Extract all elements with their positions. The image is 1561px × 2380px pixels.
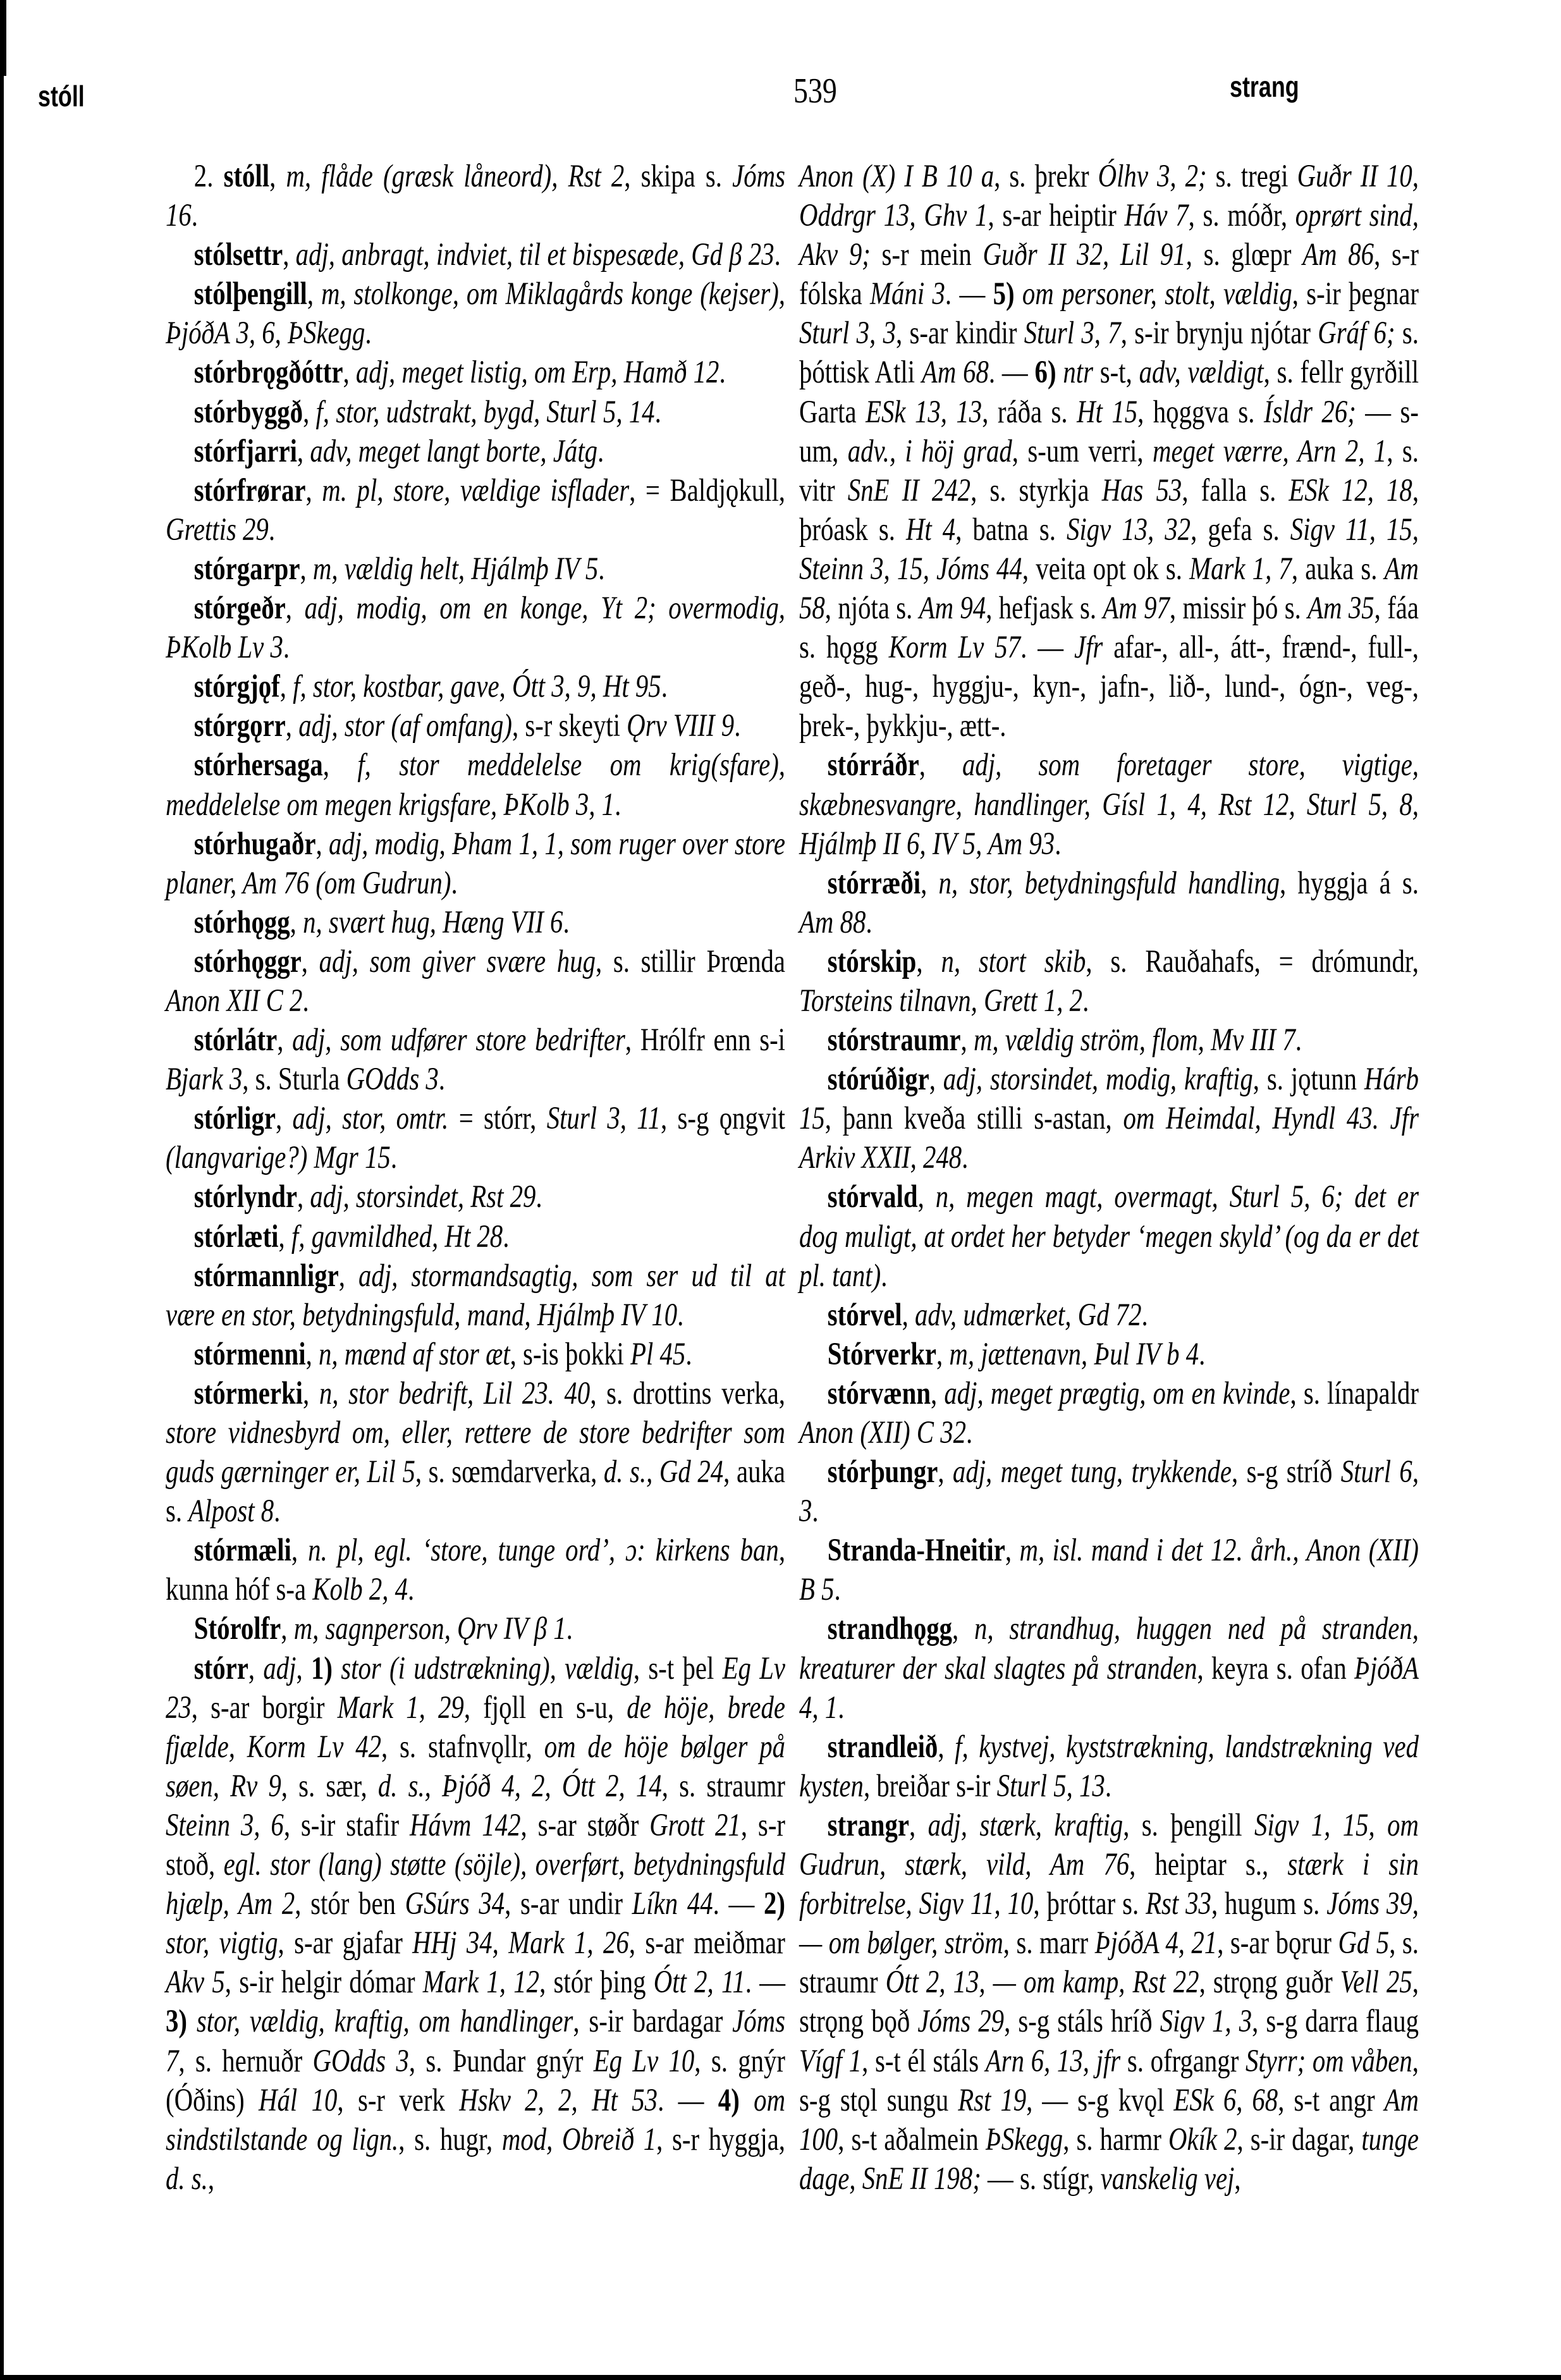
entry-gloss: f, stor, udstrakt, bygd, Sturl 5, 14 (315, 395, 654, 430)
entry-headword: stórmerki (194, 1376, 303, 1411)
entry-headword: stórmenni (194, 1337, 306, 1372)
dictionary-entry: stórbyggð, f, stor, udstrakt, bygd, Stur… (166, 393, 785, 432)
entry-gloss: Am 97 (1103, 591, 1170, 626)
entry-gloss: Am 86 (1302, 237, 1374, 273)
entry-gloss: Sigv 1, 3 (1160, 2004, 1252, 2039)
entry-gloss: adj, som giver svære hug (319, 944, 596, 979)
entry-text: , (918, 1179, 936, 1215)
entry-headword: Stórolfr (194, 1611, 281, 1647)
entry-gloss: Vígf 1 (799, 2044, 862, 2079)
entry-headword: stóll (224, 159, 270, 194)
entry-text: , (323, 747, 358, 783)
entry-text: . (1105, 1769, 1111, 1804)
entry-text: . (812, 1494, 818, 1529)
entry-gloss: n, mænd af stor æt (319, 1337, 510, 1372)
entry-text: , s-g stríð (1232, 1454, 1341, 1490)
entry-text: , hugum s. (1211, 1886, 1326, 1922)
entry-text: , (281, 1611, 293, 1647)
entry-text: , s-ar undir (505, 1886, 632, 1922)
entry-gloss: Líkn 44 (632, 1886, 713, 1922)
dictionary-entry: Anon (X) I B 10 a, s. þrekr Ólhv 3, 2; s… (799, 157, 1419, 745)
sense-number: 3) (166, 2004, 187, 2039)
entry-gloss: adv., i höj grad (848, 434, 1012, 469)
entry-gloss: f, stor, kostbar, gave, Ótt 3, 9, Ht 95 (293, 669, 661, 704)
entry-text (1056, 355, 1063, 390)
entry-text: , s. þrekr (994, 159, 1098, 194)
entry-text: . (408, 1572, 414, 1607)
entry-text: , s-ir dagar, (1237, 2122, 1361, 2157)
entry-text: , s. jǫtunn (1253, 1062, 1364, 1097)
entry-text: , s. sœmdarverka, (415, 1454, 604, 1490)
sense-number: 4) (718, 2083, 740, 2118)
dictionary-entry: stórvald, n, megen magt, overmagt, Sturl… (799, 1177, 1419, 1295)
entry-gloss: Sigv 13, 32 (1067, 512, 1191, 548)
dictionary-entry: stórvel, adv, udmærket, Gd 72. (799, 1296, 1419, 1335)
entry-gloss: Ísldr 26; (1264, 395, 1356, 430)
entry-gloss: Akv 5 (166, 1965, 225, 2000)
dictionary-entry: stórráðr, adj, som foretager store, vigt… (799, 745, 1419, 863)
entry-gloss: Grettis 29 (166, 512, 269, 548)
entry-gloss: Rst 33 (1146, 1886, 1211, 1922)
entry-gloss: Anon XII C 2 (166, 983, 302, 1019)
entry-text: , s. harmr (1063, 2122, 1168, 2157)
running-head-right: strang (1230, 70, 1299, 104)
entry-text: , (297, 434, 310, 469)
entry-text (740, 2083, 754, 2118)
entry-text: , s-g darra flaug (1252, 2004, 1419, 2039)
entry-text: , þróttar s. (1033, 1886, 1146, 1922)
entry-headword: stórhǫggr (194, 944, 302, 979)
entry-list: 2. stóll, m, flåde (græsk låneord), Rst … (166, 157, 785, 2199)
entry-headword: stórgǫrr (194, 708, 286, 744)
entry-text: , — s-g kvǫl (1026, 2083, 1173, 2118)
entry-gloss: ESk 13, 13 (866, 395, 982, 430)
entry-text: , skipa s. (624, 159, 732, 194)
entry-text: , (343, 355, 355, 390)
entry-gloss: adv, udmærket, Gd 72 (915, 1297, 1141, 1333)
column-left: 2. stóll, m, flåde (græsk låneord), Rst … (166, 157, 785, 2199)
entry-text: . (838, 1690, 844, 1726)
entry-text: , (297, 1651, 311, 1686)
entry-gloss: Pl 45 (630, 1337, 685, 1372)
entry-gloss: Jóms 29 (917, 2004, 1004, 2039)
entry-gloss: Am 94 (919, 591, 986, 626)
dictionary-entry: stórhǫggr, adj, som giver svære hug, s. … (166, 942, 785, 1021)
entry-gloss: Rst 19 (958, 2083, 1026, 2118)
entry-text: , (276, 1101, 293, 1136)
entry-gloss: Jfr (1074, 630, 1103, 665)
dictionary-entry: stólsettr, adj, anbragt, indviet, til et… (166, 235, 785, 274)
dictionary-entry: stórgarpr, m, vældig helt, Hjálmþ IV 5. (166, 549, 785, 589)
entry-gloss: Sturl 3, 11 (547, 1101, 661, 1136)
entry-text: , hǫggva s. (1137, 395, 1264, 430)
entry-text: , (938, 1454, 953, 1490)
entry-gloss: Eg Lv 10 (594, 2044, 695, 2079)
entry-text: , s. þengill (1123, 1808, 1254, 1843)
entry-text: . (503, 1219, 509, 1254)
entry-gloss: Okík 2 (1168, 2122, 1237, 2157)
entry-text: , (286, 708, 298, 744)
entry-gloss: Ótt 2, 13, — om kamp, Rst 22 (886, 1965, 1199, 2000)
entry-gloss: Am 88 (799, 905, 866, 940)
entry-gloss: Bjark 3 (166, 1062, 242, 1097)
entry-text: , s-t angr (1278, 2083, 1384, 2118)
entry-text: . (597, 434, 604, 469)
entry-gloss: f, gavmildhed, Ht 28 (291, 1219, 503, 1254)
entry-gloss: HHj 34, Mark 1, 26 (412, 1925, 629, 1961)
entry-text: , s. styrkja (970, 473, 1102, 508)
entry-text: . (269, 512, 275, 548)
entry-text: — s. stígr, (981, 2161, 1101, 2197)
entry-text: , s-ar bǫrur (1217, 1925, 1338, 1961)
entry-text (333, 1651, 341, 1686)
entry-gloss: meget værre, Arn 2, 1 (1153, 434, 1387, 469)
entry-text: , s. móðr, (1189, 198, 1295, 233)
entry-gloss: adj (263, 1651, 296, 1686)
entry-headword: Stranda-Hneitir (828, 1533, 1005, 1568)
entry-text: , keyra s. ofan (1197, 1651, 1355, 1686)
entry-text: , s-um verri, (1012, 434, 1153, 469)
dictionary-entry: stórmæli, n. pl, egl. ‘store, tunge ord’… (166, 1531, 785, 1609)
page-number: 539 (793, 71, 837, 111)
entry-text: , (315, 826, 328, 862)
entry-gloss: m, vældig ström, flom, Mv III 7 (974, 1022, 1295, 1058)
entry-text: , hyggja á s. (1280, 866, 1419, 901)
entry-gloss: adj, anbragt, indviet, til et bispesæde,… (296, 237, 774, 273)
entry-gloss: Korm Lv 57 (889, 630, 1020, 665)
column-right: Anon (X) I B 10 a, s. þrekr Ólhv 3, 2; s… (799, 157, 1419, 2199)
entry-gloss: adj, meget tung, trykkende (953, 1454, 1232, 1490)
entry-text: , (1005, 1533, 1020, 1568)
entry-text: = stórr, (448, 1101, 546, 1136)
dictionary-entry: stórfrørar, m. pl, store, vældige isflad… (166, 471, 785, 549)
entry-text: , (286, 591, 305, 626)
entry-gloss: n. pl, egl. ‘store, tunge ord’, ɔ: kirke… (308, 1533, 779, 1568)
entry-gloss: adj, stærk, kraftig (928, 1808, 1123, 1843)
sense-number: 6) (1035, 355, 1056, 390)
entry-text: . (451, 866, 457, 901)
entry-headword: stórr (194, 1651, 248, 1686)
entry-text: , hefjask s. (986, 591, 1103, 626)
entry-text: , s-ir brynju njótar (1121, 316, 1318, 351)
entry-headword: stórgarpr (194, 551, 300, 587)
entry-gloss: Has 53 (1102, 473, 1182, 508)
entry-gloss: Gd 5 (1338, 1925, 1389, 1961)
entry-gloss: Sturl 5, 13 (997, 1769, 1105, 1804)
entry-text: . — (713, 1886, 764, 1922)
entry-text: , (921, 866, 938, 901)
entry-gloss: adj, stor (af omfang) (298, 708, 512, 744)
entry-text (187, 2004, 197, 2039)
entry-gloss: Alpost 8 (188, 1494, 274, 1529)
entry-gloss: n, stor bedrift, Lil 23. 40 (319, 1376, 590, 1411)
entry-text: s-r mein (871, 237, 983, 273)
entry-text: , (291, 1533, 308, 1568)
entry-text: , (339, 1258, 358, 1294)
entry-text: , s. glœpr (1186, 237, 1303, 273)
entry-text: s-t, (1093, 355, 1139, 390)
entry-headword: stórþungr (828, 1454, 938, 1490)
entry-text: , heiptar s., (1129, 1847, 1287, 1882)
dictionary-entry: stórhugaðr, adj, modig, Þham 1, 1, som r… (166, 825, 785, 903)
entry-gloss: m, sagnperson, Ǫrv IV β 1 (294, 1611, 566, 1647)
entry-text: , s-t þel (634, 1651, 723, 1686)
entry-text: s. ofrgangr (1120, 2044, 1246, 2079)
entry-text: , s-is þokki (510, 1337, 630, 1372)
entry-gloss: Torsteins tilnavn, Grett 1, 2 (799, 983, 1082, 1019)
entry-text: , Hrólfr enn s-i (625, 1022, 785, 1058)
entry-text: . (439, 1062, 445, 1097)
entry-headword: stórlátr (194, 1022, 277, 1058)
entry-headword: strandhǫgg (828, 1611, 952, 1647)
entry-headword: strandleið (828, 1729, 938, 1765)
entry-text: . (536, 1179, 542, 1215)
entry-gloss: Ht 15 (1077, 395, 1137, 430)
entry-headword: stórúðigr (828, 1062, 929, 1097)
dictionary-entry: stórvænn, adj, meget prægtig, om en kvin… (799, 1374, 1419, 1452)
entry-gloss: stor, vigtig (166, 1925, 278, 1961)
entry-text: . (274, 1494, 280, 1529)
entry-gloss: m. pl, store, vældige isflader (322, 473, 629, 508)
entry-gloss: d. s., Þjóð 4, 2, Ótt 2, 14 (378, 1769, 662, 1804)
entry-text: . (1295, 1022, 1302, 1058)
entry-headword: stórskip (828, 944, 917, 979)
entry-gloss: adj, meget listig, om Erp, Hamð 12 (356, 355, 719, 390)
entry-gloss: m, flåde (græsk låneord), Rst 2 (286, 159, 624, 194)
entry-gloss: stor (i udstrækning), vældig (341, 1651, 634, 1686)
dictionary-entry: stórlæti, f, gavmildhed, Ht 28. (166, 1217, 785, 1256)
entry-text: , s-ar gjafar (278, 1925, 412, 1961)
entry-text: , s-g ǫngvit (661, 1101, 785, 1136)
entry-text: , s-t él stáls (862, 2044, 986, 2079)
entry-text: . (365, 316, 371, 351)
entry-text: , batna s. (955, 512, 1067, 548)
entry-text: . (1141, 1297, 1148, 1333)
dictionary-entry: stórmannligr, adj, stormandsagtig, som s… (166, 1256, 785, 1335)
entry-headword: stórlæti (194, 1219, 279, 1254)
entry-text: , (1234, 2161, 1240, 2197)
entry-text: , (909, 1808, 928, 1843)
sense-number: 2) (764, 1886, 785, 1922)
entry-text: . (962, 1140, 968, 1175)
entry-text: . (734, 708, 740, 744)
dictionary-entry: strandhǫgg, n, strandhug, huggen ned på … (799, 1609, 1419, 1727)
entry-text: . (283, 630, 290, 665)
entry-headword: stórgjǫf (194, 669, 280, 704)
dictionary-entry: stórmerki, n, stor bedrift, Lil 23. 40, … (166, 1374, 785, 1531)
entry-gloss: stor, vældig, kraftig, om handlinger (197, 2004, 573, 2039)
entry-text: . (1199, 1337, 1205, 1372)
entry-headword: stórmannligr (194, 1258, 339, 1294)
dictionary-entry: 2. stóll, m, flåde (græsk låneord), Rst … (166, 157, 785, 235)
entry-text: , (302, 944, 319, 979)
entry-text: , s-ar heiptir (988, 198, 1124, 233)
entry-headword: stólþengill (194, 276, 307, 312)
entry-gloss: Anon (X) I B 10 a (799, 159, 994, 194)
entry-text: , (307, 276, 321, 312)
entry-text: , (303, 1376, 319, 1411)
entry-headword: stórbrǫgðóttr (194, 355, 343, 390)
entry-text: . — (989, 355, 1035, 390)
entry-gloss: Ǫrv VIII 9 (627, 708, 734, 744)
entry-gloss: Hál 10 (259, 2083, 337, 2118)
entry-text: , s. hernuðr (178, 2044, 312, 2079)
entry-text: . (774, 237, 781, 273)
entry-text: , (248, 1651, 263, 1686)
entry-gloss: Am 68 (922, 355, 989, 390)
entry-gloss: Am 35 (1307, 591, 1374, 626)
entry-text: . (881, 1258, 887, 1294)
entry-text: . (615, 787, 621, 823)
entry-gloss: mod, Obreið 1 (502, 2122, 656, 2157)
entry-text: , (931, 1376, 944, 1411)
entry-headword: stórlyndr (194, 1179, 297, 1215)
entry-text: . — (945, 276, 993, 312)
entry-text: , (300, 551, 312, 587)
entry-gloss: ÞjóðA 4, 21 (1095, 1925, 1218, 1961)
entry-text: . (1055, 826, 1061, 862)
entry-text: , (306, 1337, 319, 1372)
entry-text: , (929, 1062, 943, 1097)
entry-text: , (305, 473, 322, 508)
entry-text: s. tregi (1207, 159, 1297, 194)
dictionary-entry: stórgǫrr, adj, stor (af omfang), s-r ske… (166, 706, 785, 745)
entry-text: , (919, 747, 962, 783)
entry-text: , s-r hyggja, (656, 2122, 785, 2157)
entry-text: , s. marr (1003, 1925, 1095, 1961)
dictionary-entry: stórgeðr, adj, modig, om en konge, Yt 2;… (166, 589, 785, 667)
entry-gloss: Háv 7 (1125, 198, 1189, 233)
entry-text: , s-ar støðr (521, 1808, 650, 1843)
dictionary-entry: stórligr, adj, stor, omtr. = stórr, Stur… (166, 1099, 785, 1177)
entry-text: . (677, 1297, 683, 1333)
entry-gloss: Sturl 3, 3 (799, 316, 896, 351)
entry-text: , njóta s. (825, 591, 919, 626)
entry-text: , auka s. (1292, 551, 1385, 587)
entry-text: , s. straumr (662, 1769, 785, 1804)
entry-gloss: n, stor, betydningsfuld handling (938, 866, 1280, 901)
entry-headword: stórmæli (194, 1533, 291, 1568)
entry-gloss: Hskv 2, 2, Ht 53 (459, 2083, 658, 2118)
dictionary-entry: stórþungr, adj, meget tung, trykkende, s… (799, 1452, 1419, 1531)
dictionary-entry: stólþengill, m, stolkonge, om Miklagårds… (166, 274, 785, 353)
entry-text: , s-ar borgir (192, 1690, 338, 1726)
entry-headword: stórhersaga (194, 747, 323, 783)
entry-text: , gefa s. (1191, 512, 1290, 548)
entry-text: , s. línapaldr (1290, 1376, 1419, 1411)
entry-headword: Stórverkr (828, 1337, 936, 1372)
running-head-left: stóll (38, 79, 85, 113)
entry-headword: stórráðr (828, 747, 919, 783)
entry-gloss: Ht 4 (906, 512, 955, 548)
entry-list: Anon (X) I B 10 a, s. þrekr Ólhv 3, 2; s… (799, 157, 1419, 2199)
entry-gloss: Sturl 3, 7 (1024, 316, 1121, 351)
entry-text: . (685, 1337, 692, 1372)
entry-gloss: (langvarige?) Mgr 15 (166, 1140, 391, 1175)
entry-gloss: adv, vældigt (1139, 355, 1264, 390)
dictionary-entry: stórlátr, adj, som udfører store bedrift… (166, 1021, 785, 1099)
entry-gloss: ÞSkegg (986, 2122, 1063, 2157)
entry-text: , s-g stáls hríð (1004, 2004, 1160, 2039)
entry-gloss: m, jættenavn, Þul IV b 4 (949, 1337, 1199, 1372)
dictionary-entry: stórlyndr, adj, storsindet, Rst 29. (166, 1177, 785, 1217)
entry-gloss: adj, stor, omtr. (292, 1101, 448, 1136)
entry-gloss: adj, storsindet, modig, kraftig (943, 1062, 1253, 1097)
entry-headword: stórhǫgg (194, 905, 290, 940)
entry-gloss: Ótt 2, 11 (654, 1965, 745, 2000)
entry-text: . (563, 905, 569, 940)
entry-text: , veita opt ok s. (1022, 551, 1189, 587)
entry-headword: stórbyggð (194, 395, 303, 430)
entry-gloss: vanskelig vej (1101, 2161, 1235, 2197)
entry-gloss: om personer, stolt, vældig (1022, 276, 1292, 312)
entry-gloss: Mark 1, 29 (338, 1690, 464, 1726)
entry-text: , s. Rauðahafs, = drómundr, (1086, 944, 1419, 979)
entry-text: , fjǫll en s-u, (464, 1690, 627, 1726)
entry-text: , (938, 1729, 955, 1765)
entry-text: . (566, 1611, 573, 1647)
entry-gloss: d. s. (166, 2161, 208, 2197)
entry-text: , s-ir stafir (284, 1808, 410, 1843)
dictionary-entry: stórr, adj, 1) stor (i udstrækning), væl… (166, 1649, 785, 2199)
entry-text: , s-ar meiðmar (629, 1925, 785, 1961)
entry-headword: stórgeðr (194, 591, 286, 626)
entry-text: . (866, 905, 872, 940)
entry-text: . — (1020, 630, 1074, 665)
entry-text: , (277, 1022, 292, 1058)
entry-text: , (297, 1179, 310, 1215)
entry-gloss: GOdds 3 (346, 1062, 439, 1097)
entry-headword: stórræði (828, 866, 921, 901)
entry-text: , s-ir bardagar (573, 2004, 732, 2039)
entry-headword: stórstraumr (828, 1022, 961, 1058)
entry-gloss: Ólhv 3, 2; (1098, 159, 1207, 194)
entry-text: , s. stillir Þrœnda (596, 944, 785, 979)
entry-text: , (269, 159, 286, 194)
entry-text: , ráða s. (982, 395, 1077, 430)
entry-gloss: Guðr II 32, Lil 91 (983, 237, 1185, 273)
entry-text: , s. Sturla (242, 1062, 346, 1097)
entry-text: . (192, 198, 198, 233)
entry-text: , (303, 395, 315, 430)
entry-text: . (719, 355, 725, 390)
entry-gloss: Hávm 142 (410, 1808, 521, 1843)
scan-border-left (0, 0, 4, 2380)
entry-text: . (661, 669, 668, 704)
dictionary-entry: stórhersaga, f, stor meddelelse om krig(… (166, 745, 785, 824)
entry-text: , s. hugr, (398, 2122, 502, 2157)
dictionary-entry: stórgjǫf, f, stor, kostbar, gave, Ótt 3,… (166, 667, 785, 706)
entry-headword: stórfjarri (194, 434, 297, 469)
entry-text: . (1082, 983, 1089, 1019)
entry-gloss: n, svært hug, Hæng VII 6 (303, 905, 563, 940)
dictionary-entry: Stórolfr, m, sagnperson, Ǫrv IV β 1. (166, 1609, 785, 1648)
entry-text: , = Baldjǫkull, (629, 473, 785, 508)
entry-text: , s. sær, (281, 1769, 378, 1804)
entry-gloss: Máni 3 (870, 276, 945, 312)
entry-gloss: Mark 1, 12 (423, 1965, 539, 2000)
entry-text: , breiðar s-ir (864, 1769, 997, 1804)
entry-text: , (916, 944, 941, 979)
dictionary-entry: strangr, adj, stærk, kraftig, s. þengill… (799, 1806, 1419, 2199)
dictionary-entry: stórbrǫgðóttr, adj, meget listig, om Erp… (166, 353, 785, 392)
entry-gloss: ESk 6, 68 (1173, 2083, 1278, 2118)
entry-headword: stórhugaðr (194, 826, 316, 862)
entry-gloss: SnE II 242 (848, 473, 970, 508)
entry-gloss: Steinn 3, 6 (166, 1808, 284, 1843)
entry-gloss: ESk 12, 18 (1289, 473, 1412, 508)
entry-headword: stórvænn (828, 1376, 931, 1411)
